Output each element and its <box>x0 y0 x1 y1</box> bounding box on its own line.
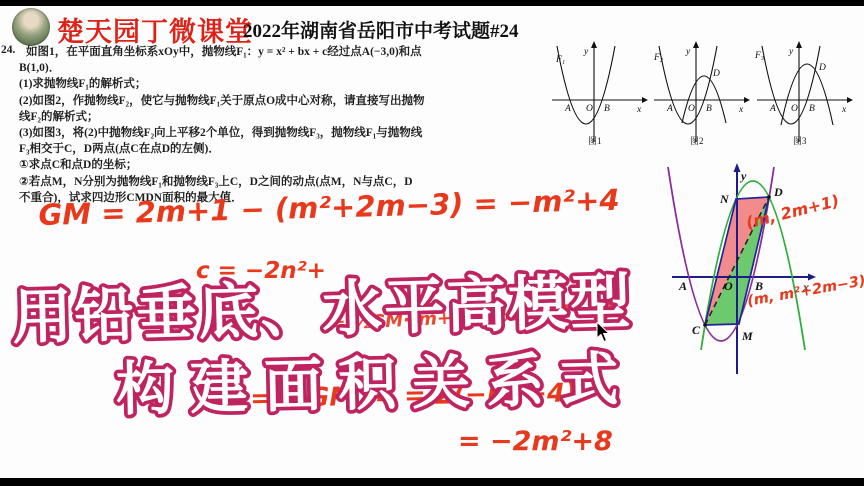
axis-x-label: x <box>841 105 847 115</box>
problem-line: 线F₂的解析式； <box>19 109 559 125</box>
problem-line: (3)如图3，将(2)中抛物线F₂向上平移2个单位，得到抛物线F₃，抛物线F₁与… <box>19 125 559 141</box>
problem-line: ①求点C和点D的坐标； <box>19 157 559 173</box>
origin-label: O <box>586 104 593 114</box>
point-b-label: B <box>809 104 815 114</box>
lesson-title: 2022年湖南省岳阳市中考试题#24 <box>243 16 519 43</box>
handwriting-area-step: = ½GM×4 = 2(−m²+4) <box>250 378 577 414</box>
point-m-label: M <box>741 329 753 343</box>
problem-line: 如图1，在平面直角坐标系xOy中，抛物线F₁：y = x² + bx + c经过… <box>19 44 559 60</box>
avatar <box>12 8 50 46</box>
axis-y-label: y <box>739 169 747 183</box>
figure-2-caption: 图2 <box>690 136 704 146</box>
figure-2: y x F₂ A O B D 图2 <box>650 38 750 150</box>
figure-3-caption: 图3 <box>793 136 807 146</box>
point-d-label: D <box>773 185 783 199</box>
problem-line: (2)如图2，作抛物线F₂，使它与抛物线F₁关于原点O成中心对称，请直接写出抛物 <box>19 93 559 109</box>
problem-line: (1)求抛物线F₁的解析式； <box>19 76 559 92</box>
curve-label-f1: F₁ <box>555 55 565 65</box>
point-a-label: A <box>769 104 776 114</box>
problem-number: 24. <box>1 44 15 56</box>
point-c-label: C <box>692 323 701 337</box>
axis-x-label: x <box>636 105 642 115</box>
axis-x-label: x <box>738 105 744 115</box>
curve-label-f3: F₃ <box>754 51 764 61</box>
point-b-label: B <box>706 104 712 114</box>
axis-y-label: y <box>685 47 691 57</box>
letterbox-bottom <box>0 478 864 486</box>
video-frame: 楚天园丁微课堂 2022年湖南省岳阳市中考试题#24 24. 如图1，在平面直角… <box>0 0 864 486</box>
origin-label: O <box>791 104 798 114</box>
axis-y-label: y <box>788 47 794 57</box>
mouse-cursor <box>596 322 612 344</box>
point-n-label: N <box>719 192 730 206</box>
origin-label: O <box>724 279 733 293</box>
point-b-label: B <box>604 104 610 114</box>
curve-label-f2: F₂ <box>653 53 664 63</box>
point-d-label: D <box>818 63 826 73</box>
point-a-label: A <box>564 104 571 114</box>
axis-y-label: y <box>583 47 589 57</box>
problem-line: B(1,0)． <box>19 60 559 76</box>
point-d-label: D <box>712 69 720 79</box>
origin-label: O <box>688 104 695 114</box>
figure-1-caption: 图1 <box>588 136 602 146</box>
handwriting-fragment-mid: = ½GM·(m+2) + ½GM(2−m) <box>330 299 615 335</box>
figure-3: y x F₃ A O B D 图3 <box>753 38 853 150</box>
handwriting-fragment-top: c = −2n²+ <box>196 258 326 284</box>
handwriting-final-step: = −2m²+8 <box>458 426 613 457</box>
figure-1: y x F₁ A O B 图1 <box>548 38 648 150</box>
point-a-label: A <box>678 279 687 293</box>
problem-line: F₃相交于C，D两点(点C在点D的左侧)． <box>19 141 559 157</box>
point-a-label: A <box>666 104 673 114</box>
problem-text: 如图1，在平面直角坐标系xOy中，抛物线F₁：y = x² + bx + c经过… <box>19 44 559 206</box>
